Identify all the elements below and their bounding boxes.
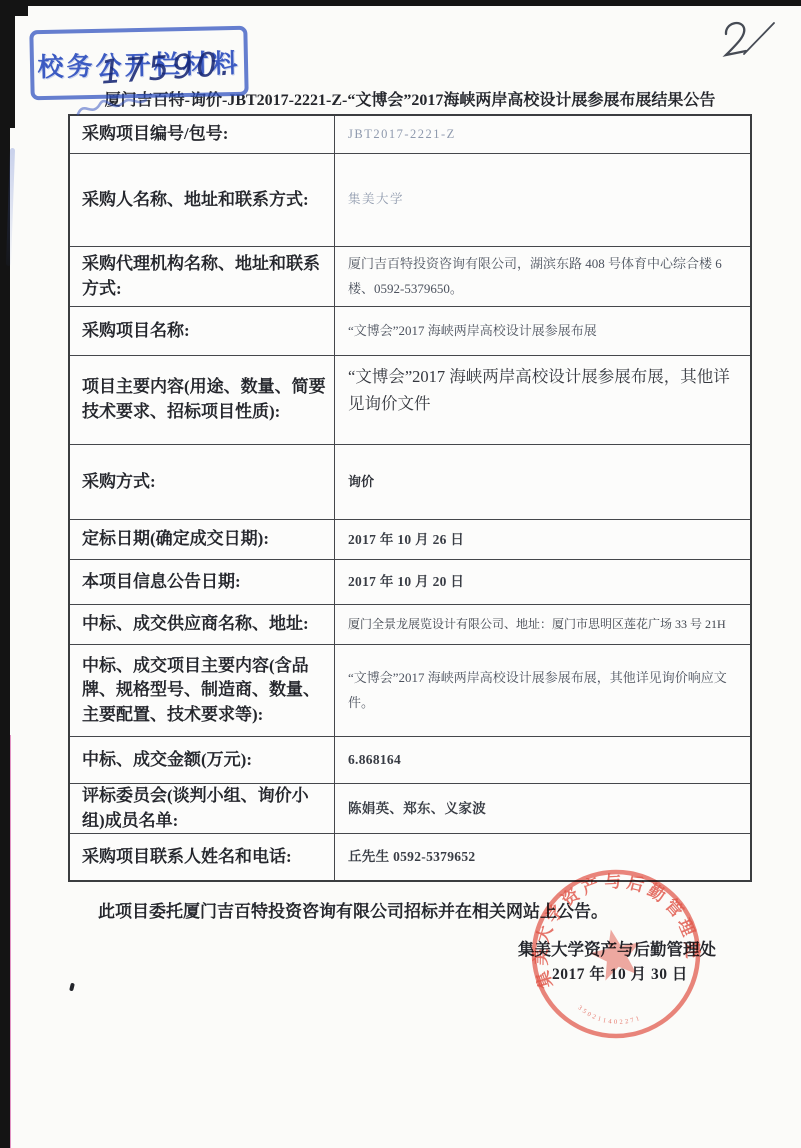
row-value: 2017 年 10 月 26 日 bbox=[335, 520, 750, 559]
row-value: “文博会”2017 海峡两岸高校设计展参展布展 bbox=[335, 307, 750, 355]
handwritten-corner-mark bbox=[710, 14, 790, 72]
row-label: 中标、成交供应商名称、地址: bbox=[70, 605, 335, 644]
table-row: 采购项目编号/包号:JBT2017-2221-Z bbox=[70, 116, 750, 154]
row-label: 项目主要内容(用途、数量、简要技术要求、招标项目性质): bbox=[70, 356, 335, 444]
scan-line bbox=[10, 735, 11, 1148]
row-value: 陈娟英、郑东、义家波 bbox=[335, 784, 750, 833]
row-value: “文博会”2017 海峡两岸高校设计展参展布展，其他详见询价响应文件。 bbox=[335, 645, 750, 736]
table-row: 采购人名称、地址和联系方式:集美大学 bbox=[70, 154, 750, 247]
row-label: 采购代理机构名称、地址和联系方式: bbox=[70, 247, 335, 306]
scan-edge-top bbox=[0, 0, 801, 6]
row-value: 厦门吉百特投资咨询有限公司，湖滨东路 408 号体育中心综合楼 6 楼、0592… bbox=[335, 247, 750, 306]
row-label: 评标委员会(谈判小组、询价小组)成员名单: bbox=[70, 784, 335, 833]
table-row: 项目主要内容(用途、数量、简要技术要求、招标项目性质):“文博会”2017 海峡… bbox=[70, 356, 750, 445]
table-row: 本项目信息公告日期:2017 年 10 月 20 日 bbox=[70, 560, 750, 605]
row-value: “文博会”2017 海峡两岸高校设计展参展布展，其他详见询价文件 bbox=[335, 356, 750, 444]
row-label: 采购项目联系人姓名和电话: bbox=[70, 834, 335, 880]
table-row: 中标、成交项目主要内容(含品牌、规格型号、制造商、数量、主要配置、技术要求等):… bbox=[70, 645, 750, 737]
row-label: 本项目信息公告日期: bbox=[70, 560, 335, 604]
row-value: 厦门全景龙展览设计有限公司、地址：厦门市思明区莲花广场 33 号 21H bbox=[335, 605, 750, 644]
row-label: 定标日期(确定成交日期): bbox=[70, 520, 335, 559]
row-label: 采购项目名称: bbox=[70, 307, 335, 355]
row-label: 采购人名称、地址和联系方式: bbox=[70, 154, 335, 246]
official-seal: 集美大学资产与后勤管理处 350211402271 bbox=[512, 850, 721, 1059]
table-row: 定标日期(确定成交日期):2017 年 10 月 26 日 bbox=[70, 520, 750, 560]
row-label: 中标、成交项目主要内容(含品牌、规格型号、制造商、数量、主要配置、技术要求等): bbox=[70, 645, 335, 736]
seal-star-icon bbox=[586, 924, 646, 982]
table-row: 采购项目名称:“文博会”2017 海峡两岸高校设计展参展布展 bbox=[70, 307, 750, 356]
row-value: 询价 bbox=[335, 445, 750, 519]
table-row: 中标、成交供应商名称、地址:厦门全景龙展览设计有限公司、地址：厦门市思明区莲花广… bbox=[70, 605, 750, 645]
row-value: JBT2017-2221-Z bbox=[335, 116, 750, 153]
table-row: 采购代理机构名称、地址和联系方式:厦门吉百特投资咨询有限公司，湖滨东路 408 … bbox=[70, 247, 750, 307]
row-value: 6.868164 bbox=[335, 737, 750, 783]
row-label: 中标、成交金额(万元): bbox=[70, 737, 335, 783]
row-value: 集美大学 bbox=[335, 154, 750, 246]
row-label: 采购方式: bbox=[70, 445, 335, 519]
row-value: 2017 年 10 月 20 日 bbox=[335, 560, 750, 604]
ink-scribble bbox=[72, 90, 152, 124]
scan-edge-corner-lower bbox=[0, 0, 15, 128]
table-row: 评标委员会(谈判小组、询价小组)成员名单:陈娟英、郑东、义家波 bbox=[70, 784, 750, 834]
ink-dot bbox=[69, 983, 75, 992]
table-row: 中标、成交金额(万元):6.868164 bbox=[70, 737, 750, 784]
results-table: 采购项目编号/包号:JBT2017-2221-Z采购人名称、地址和联系方式:集美… bbox=[68, 114, 752, 882]
table-row: 采购方式:询价 bbox=[70, 445, 750, 520]
